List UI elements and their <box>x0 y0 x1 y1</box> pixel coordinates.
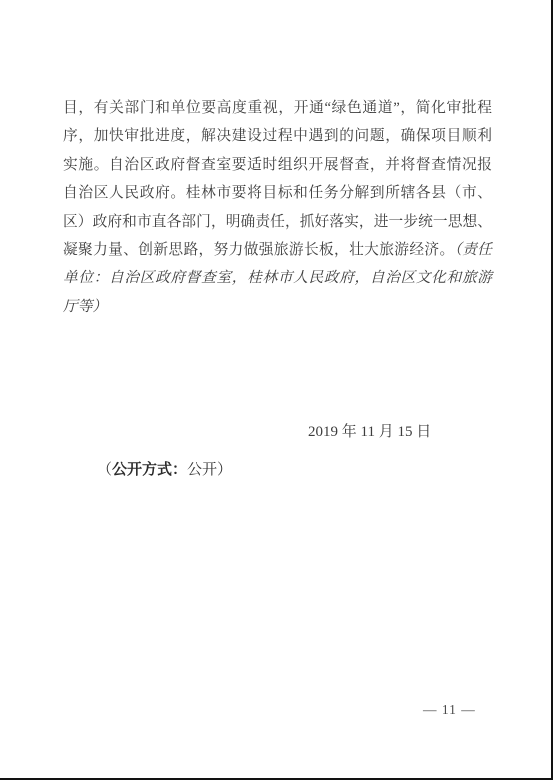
body-line-text: 自治区人民政府。桂林市要将目标和任务分解到所辖各县（市、 <box>63 185 492 201</box>
body-line-text: 凝聚力量、创新思路，努力做强旅游长板，壮大旅游经济。 <box>63 242 455 258</box>
disclosure-open-paren: （ <box>97 462 112 478</box>
scan-edge-right <box>551 0 553 779</box>
body-paragraph: 目，有关部门和单位要高度重视，开通“绿色通道”，简化审批程 序，加快审批进度，解… <box>63 94 492 321</box>
disclosure-value: 公开） <box>187 462 232 478</box>
scan-edge-bottom <box>0 778 553 780</box>
body-line-text: 区）政府和市直各部门，明确责任，抓好落实，进一步统一思想、 <box>63 214 492 230</box>
disclosure-method-line: （公开方式：公开） <box>97 459 232 481</box>
document-page: 目，有关部门和单位要高度重视，开通“绿色通道”，简化审批程 序，加快审批进度，解… <box>0 0 554 783</box>
body-line: 目，有关部门和单位要高度重视，开通“绿色通道”，简化审批程 <box>63 94 492 122</box>
body-line: 区）政府和市直各部门，明确责任，抓好落实，进一步统一思想、 <box>63 208 492 236</box>
document-date: 2019 年 11 月 15 日 <box>308 421 431 443</box>
body-line-kai-text: 厅等） <box>63 299 107 315</box>
body-line-text: 目，有关部门和单位要高度重视，开通“绿色通道”，简化审批程 <box>63 100 492 116</box>
body-line: 实施。自治区政府督查室要适时组织开展督查，并将督查情况报 <box>63 151 492 179</box>
body-line: 自治区人民政府。桂林市要将目标和任务分解到所辖各县（市、 <box>63 179 492 207</box>
body-line-text: 实施。自治区政府督查室要适时组织开展督查，并将督查情况报 <box>63 157 492 173</box>
body-line: 序，加快审批进度，解决建设过程中遇到的问题，确保项目顺利 <box>63 122 492 150</box>
body-line: 凝聚力量、创新思路，努力做强旅游长板，壮大旅游经济。（责任 <box>63 236 492 264</box>
body-line-kai-text: 单位：自治区政府督查室，桂林市人民政府，自治区文化和旅游 <box>63 270 492 286</box>
body-line-kai-text: （责任 <box>455 242 492 258</box>
body-line: 厅等） <box>63 293 492 321</box>
page-number: — 11 — <box>423 701 476 719</box>
body-line: 单位：自治区政府督查室，桂林市人民政府，自治区文化和旅游 <box>63 264 492 292</box>
body-line-text: 序，加快审批进度，解决建设过程中遇到的问题，确保项目顺利 <box>63 128 492 144</box>
disclosure-label: 公开方式： <box>112 462 187 478</box>
